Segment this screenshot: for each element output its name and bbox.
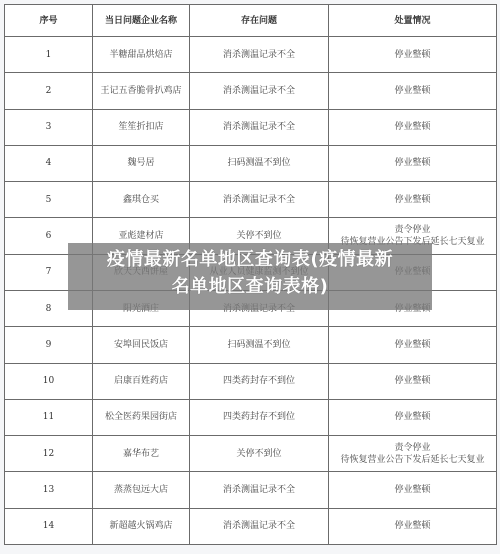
cell-action: 责令停业待恢复营业公告下发后延长七天复业 — [329, 436, 497, 472]
cell-action: 停业整顿 — [329, 472, 497, 508]
header-company: 当日问题企业名称 — [93, 5, 190, 37]
table-row: 5鑫琪仓买消杀测温记录不全停业整顿 — [5, 182, 497, 218]
cell-company: 魏号居 — [93, 145, 190, 181]
cell-issue: 消杀测温记录不全 — [190, 73, 329, 109]
cell-company: 嘉华布艺 — [93, 436, 190, 472]
cell-action: 停业整顿 — [329, 109, 497, 145]
cell-company: 蒸蒸包远大店 — [93, 472, 190, 508]
header-action: 处置情况 — [329, 5, 497, 37]
cell-company: 鑫琪仓买 — [93, 182, 190, 218]
cell-serial: 1 — [5, 37, 93, 73]
cell-action: 停业整顿 — [329, 37, 497, 73]
cell-serial: 9 — [5, 327, 93, 363]
overlay-title-line-1: 疫情最新名单地区查询表(疫情最新 — [68, 246, 432, 273]
header-serial: 序号 — [5, 5, 93, 37]
table-header-row: 序号 当日问题企业名称 存在问题 处置情况 — [5, 5, 497, 37]
cell-issue: 四类药封存不到位 — [190, 399, 329, 435]
cell-action: 停业整顿 — [329, 182, 497, 218]
action-line: 停业整顿 — [329, 484, 496, 496]
action-line: 停业整顿 — [329, 157, 496, 169]
cell-serial: 4 — [5, 145, 93, 181]
action-line-2: 待恢复营业公告下发后延长七天复业 — [329, 454, 496, 466]
cell-issue: 关停不到位 — [190, 436, 329, 472]
table-row: 2王记五香脆骨扒鸡店消杀测温记录不全停业整顿 — [5, 73, 497, 109]
cell-serial: 11 — [5, 399, 93, 435]
cell-action: 停业整顿 — [329, 327, 497, 363]
cell-issue: 消杀测温记录不全 — [190, 109, 329, 145]
cell-action: 停业整顿 — [329, 145, 497, 181]
cell-company: 安埠回民饭店 — [93, 327, 190, 363]
cell-issue: 消杀测温记录不全 — [190, 37, 329, 73]
action-line: 责令停业 — [329, 442, 496, 454]
table-row: 12嘉华布艺关停不到位责令停业待恢复营业公告下发后延长七天复业 — [5, 436, 497, 472]
action-line: 停业整顿 — [329, 85, 496, 97]
table-row: 4魏号居扫码测温不到位停业整顿 — [5, 145, 497, 181]
action-line: 责令停业 — [329, 224, 496, 236]
action-line: 停业整顿 — [329, 520, 496, 532]
table-row: 11松全医药果园街店四类药封存不到位停业整顿 — [5, 399, 497, 435]
cell-serial: 10 — [5, 363, 93, 399]
cell-action: 停业整顿 — [329, 399, 497, 435]
cell-serial: 5 — [5, 182, 93, 218]
action-line: 停业整顿 — [329, 194, 496, 206]
table-row: 1半糖甜品烘焙店消杀测温记录不全停业整顿 — [5, 37, 497, 73]
table-row: 13蒸蒸包远大店消杀测温记录不全停业整顿 — [5, 472, 497, 508]
cell-company: 王记五香脆骨扒鸡店 — [93, 73, 190, 109]
table-row: 14新超越火锅鸡店消杀测温记录不全停业整顿 — [5, 508, 497, 544]
cell-issue: 扫码测温不到位 — [190, 327, 329, 363]
overlay-title: 疫情最新名单地区查询表(疫情最新 名单地区查询表格) — [68, 246, 432, 300]
table-row: 3笙笙折扣店消杀测温记录不全停业整顿 — [5, 109, 497, 145]
action-line: 停业整顿 — [329, 49, 496, 61]
cell-serial: 14 — [5, 508, 93, 544]
cell-serial: 2 — [5, 73, 93, 109]
table-row: 9安埠回民饭店扫码测温不到位停业整顿 — [5, 327, 497, 363]
cell-issue: 扫码测温不到位 — [190, 145, 329, 181]
cell-serial: 12 — [5, 436, 93, 472]
table-row: 10启康百姓药店四类药封存不到位停业整顿 — [5, 363, 497, 399]
header-issue: 存在问题 — [190, 5, 329, 37]
cell-action: 停业整顿 — [329, 508, 497, 544]
cell-action: 停业整顿 — [329, 363, 497, 399]
action-line: 停业整顿 — [329, 411, 496, 423]
cell-issue: 四类药封存不到位 — [190, 363, 329, 399]
cell-issue: 消杀测温记录不全 — [190, 472, 329, 508]
cell-company: 启康百姓药店 — [93, 363, 190, 399]
cell-serial: 3 — [5, 109, 93, 145]
cell-company: 新超越火锅鸡店 — [93, 508, 190, 544]
action-line: 停业整顿 — [329, 339, 496, 351]
cell-action: 停业整顿 — [329, 73, 497, 109]
action-line: 停业整顿 — [329, 121, 496, 133]
overlay-title-line-2: 名单地区查询表格) — [68, 273, 432, 300]
action-line: 停业整顿 — [329, 375, 496, 387]
cell-issue: 消杀测温记录不全 — [190, 182, 329, 218]
cell-issue: 消杀测温记录不全 — [190, 508, 329, 544]
page: 序号 当日问题企业名称 存在问题 处置情况 1半糖甜品烘焙店消杀测温记录不全停业… — [0, 0, 500, 554]
cell-company: 半糖甜品烘焙店 — [93, 37, 190, 73]
cell-company: 笙笙折扣店 — [93, 109, 190, 145]
cell-company: 松全医药果园街店 — [93, 399, 190, 435]
cell-serial: 13 — [5, 472, 93, 508]
